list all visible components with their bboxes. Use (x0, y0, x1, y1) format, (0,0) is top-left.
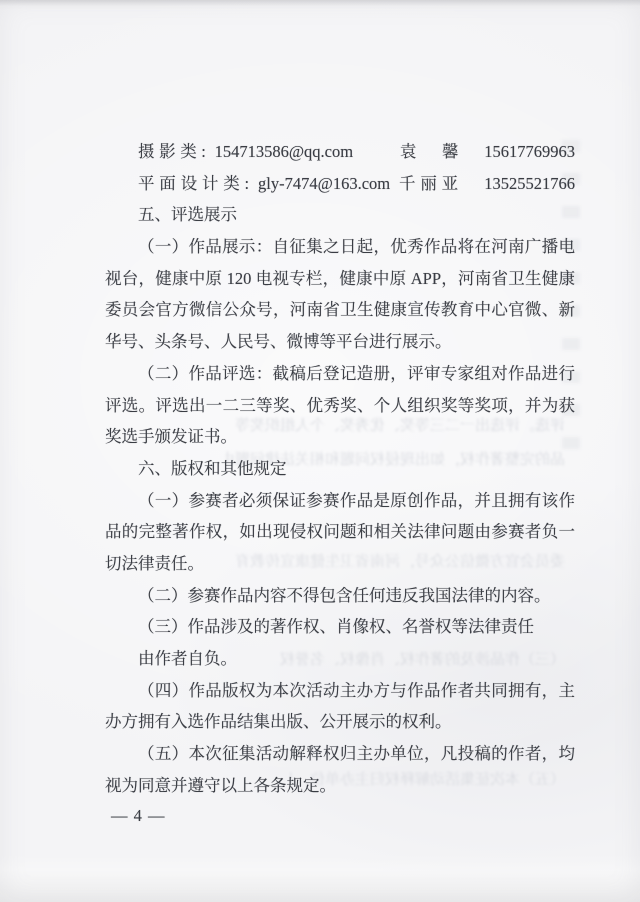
text-line: （二）作品评选：截稿后登记造册，评审专家组对作品进行 (105, 358, 575, 390)
text-line: 切法律责任。 (105, 548, 575, 580)
text-line: 视台，健康中原 120 电视专栏，健康中原 APP，河南省卫生健康 (105, 263, 575, 295)
text-line: 品的完整著作权，如出现侵权问题和相关法律问题由参赛者负一 (105, 516, 575, 548)
text-line: 五、评选展示 (105, 199, 575, 231)
text-line: （一）作品展示：自征集之日起，优秀作品将在河南广播电 (105, 231, 575, 263)
text-line: 评选。评选出一二三等奖、优秀奖、个人组织奖等奖项，并为获 (105, 390, 575, 422)
text-line: 办方拥有入选作品结集出版、公开展示的权利。 (105, 706, 575, 738)
text-line: （一）参赛者必须保证参赛作品是原创作品，并且拥有该作 (105, 485, 575, 517)
scanned-document-page: 评选。评选出一二三等奖、优秀奖、个人组织奖等奖项，并为获 品的完整著作权，如出现… (0, 0, 640, 902)
text-line: （二）参赛作品内容不得包含任何违反我国法律的内容。 (105, 580, 575, 612)
text-line: 视为同意并遵守以上各条规定。 (105, 770, 575, 802)
text-line: 摄影类: 154713586@qq.com 袁 馨 15617769963 (105, 136, 575, 168)
text-line: （三）作品涉及的著作权、肖像权、名誉权等法律责任 (105, 611, 575, 643)
text-line: 平面设计类: gly-7474@163.com 千丽亚 13525521766 (105, 168, 575, 200)
text-line: 华号、头条号、人民号、微博等平台进行展示。 (105, 326, 575, 358)
text-line: （四）作品版权为本次活动主办方与作品作者共同拥有，主 (105, 675, 575, 707)
text-line: 六、版权和其他规定 (105, 453, 575, 485)
text-line: 奖选手颁发证书。 (105, 421, 575, 453)
document-body: 摄影类: 154713586@qq.com 袁 馨 15617769963平面设… (105, 136, 575, 801)
page-number: — 4 — (111, 806, 166, 826)
text-line: （五）本次征集活动解释权归主办单位，凡投稿的作者，均 (105, 738, 575, 770)
text-line: 由作者自负。 (105, 643, 575, 675)
text-line: 委员会官方微信公众号，河南省卫生健康宣传教育中心官微、新 (105, 294, 575, 326)
